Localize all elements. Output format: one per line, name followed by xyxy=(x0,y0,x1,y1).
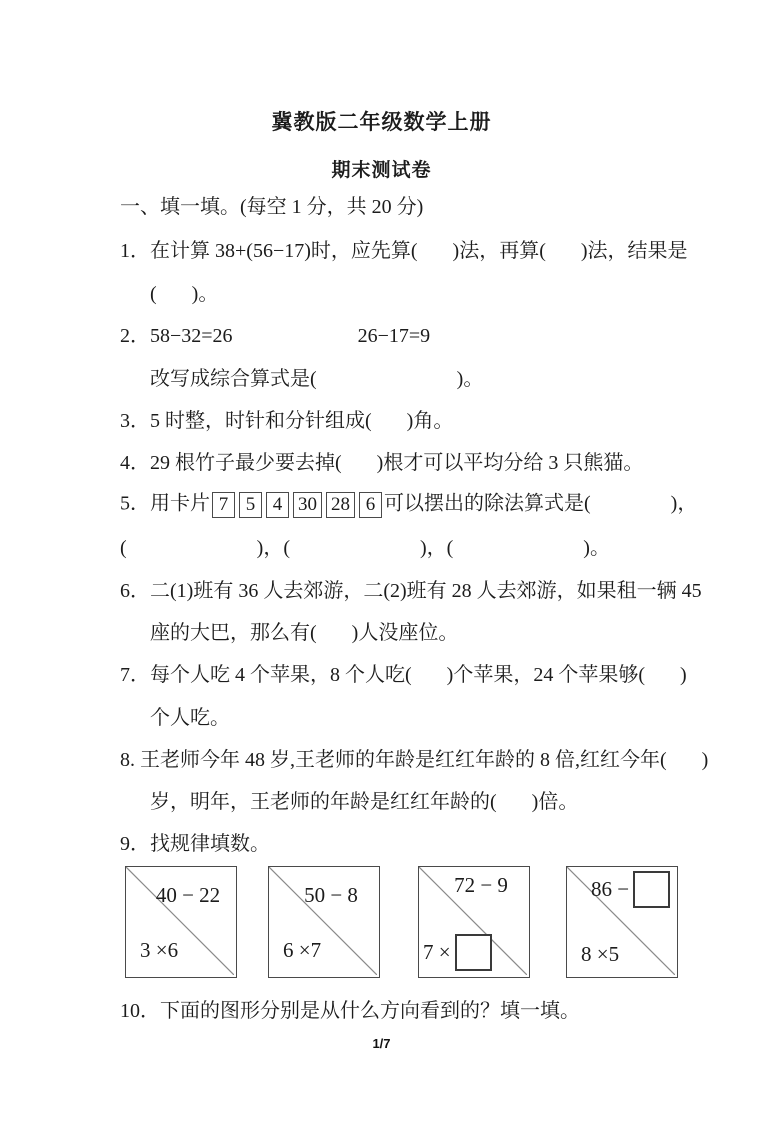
question-2-line-1: 2．58−32=2626−17=9 xyxy=(120,325,430,347)
question-3-line-1: 3．5 时整，时针和分针组成( )角。 xyxy=(120,410,453,432)
expression-text: 86 − xyxy=(591,877,629,902)
pattern-square-bottom-expression: 3 ×6 xyxy=(140,938,178,963)
pattern-square-top-expression: 86 − xyxy=(591,871,673,908)
expression-text: 7 × xyxy=(423,940,451,965)
pattern-square-2: 50 − 8 6 ×7 xyxy=(268,866,380,978)
pattern-square-bottom-expression: 8 ×5 xyxy=(581,942,619,967)
number-card: 30 xyxy=(293,492,322,518)
question-5-line-1: 5．用卡片75430286可以摆出的除法算式是( )， xyxy=(120,492,697,518)
number-card: 28 xyxy=(326,492,355,518)
section-heading: 一、填一填。(每空 1 分，共 20 分) xyxy=(120,196,423,218)
pattern-square-top-expression: 50 − 8 xyxy=(287,883,375,908)
pattern-square-1: 40 − 22 3 ×6 xyxy=(125,866,237,978)
question-10-line-1: 10．下面的图形分别是从什么方向看到的？填一填。 xyxy=(120,1000,580,1022)
number-card: 5 xyxy=(239,492,262,518)
pattern-square-top-expression: 72 − 9 xyxy=(437,873,525,898)
page-number: 1/7 xyxy=(0,1036,763,1051)
number-card: 4 xyxy=(266,492,289,518)
question-9-line-1: 9．找规律填数。 xyxy=(120,833,270,855)
page-subtitle: 期末测试卷 xyxy=(0,155,763,182)
page-title: 冀教版二年级数学上册 xyxy=(0,106,763,136)
question-8-line-2: 岁，明年，王老师的年龄是红红年龄的( )倍。 xyxy=(150,791,578,813)
number-card: 7 xyxy=(212,492,235,518)
question-2-line-2: 改写成综合算式是( )。 xyxy=(150,368,483,390)
question-1-line-2: ( )。 xyxy=(150,283,218,305)
question-5-prefix: 5．用卡片 xyxy=(120,493,210,515)
number-card: 6 xyxy=(359,492,382,518)
pattern-square-3: 72 − 9 7 × xyxy=(418,866,530,978)
question-6-line-2: 座的大巴，那么有( )人没座位。 xyxy=(150,622,458,644)
question-7-line-1: 7．每个人吃 4 个苹果，8 个人吃( )个苹果，24 个苹果够( ) xyxy=(120,664,687,686)
pattern-square-bottom-expression: 7 × xyxy=(423,934,492,971)
question-4-line-1: 4．29 根竹子最少要去掉( )根才可以平均分给 3 只熊猫。 xyxy=(120,452,643,474)
question-8-line-1: 8. 王老师今年 48 岁,王老师的年龄是红红年龄的 8 倍,红红今年( ) xyxy=(120,749,708,771)
equation-left: 2．58−32=26 xyxy=(120,325,233,347)
question-5-suffix: 可以摆出的除法算式是( )， xyxy=(384,493,697,515)
answer-box xyxy=(633,871,670,908)
test-paper-page: 冀教版二年级数学上册 期末测试卷 一、填一填。(每空 1 分，共 20 分) 1… xyxy=(0,0,763,1122)
question-1-line-1: 1．在计算 38+(56−17)时，应先算( )法，再算( )法，结果是 xyxy=(120,240,688,262)
question-7-line-2: 个人吃。 xyxy=(150,707,230,729)
answer-box xyxy=(455,934,492,971)
equation-right: 26−17=9 xyxy=(358,325,431,347)
question-5-line-2: ( )，( )，( )。 xyxy=(120,537,610,559)
pattern-square-bottom-expression: 6 ×7 xyxy=(283,938,321,963)
question-6-line-1: 6．二(1)班有 36 人去郊游，二(2)班有 28 人去郊游，如果租一辆 45 xyxy=(120,580,702,602)
pattern-square-top-expression: 40 − 22 xyxy=(144,883,232,908)
pattern-square-4: 86 − 8 ×5 xyxy=(566,866,678,978)
